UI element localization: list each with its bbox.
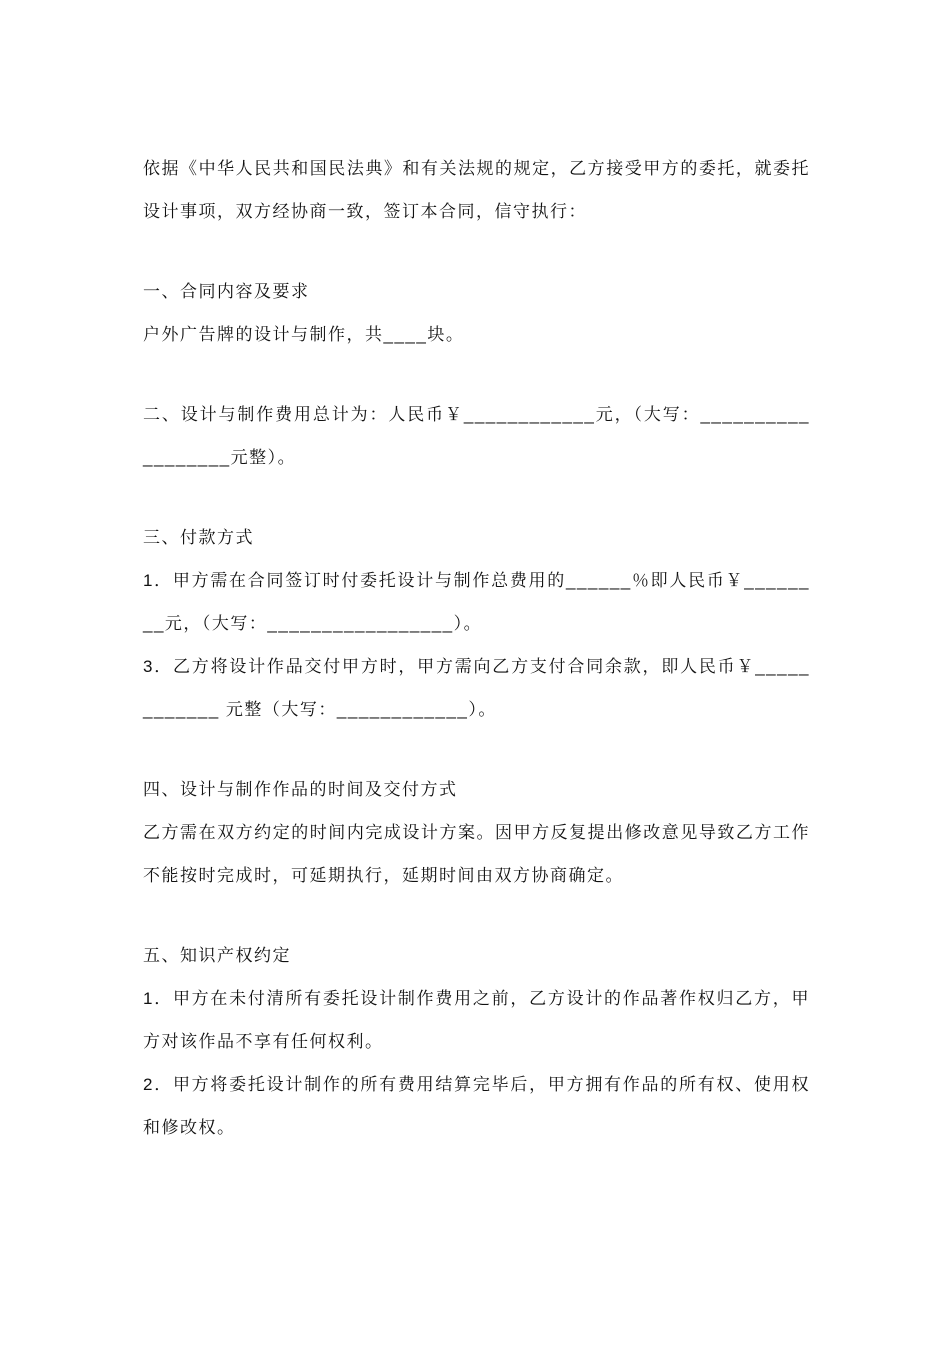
section-4-heading: 四、设计与制作作品的时间及交付方式	[143, 768, 810, 811]
intro-paragraph: 依据《中华人民共和国民法典》和有关法规的规定，乙方接受甲方的委托，就委托设计事项…	[143, 147, 810, 233]
section-content-requirements: 一、合同内容及要求 户外广告牌的设计与制作，共____块。	[143, 270, 810, 356]
section-payment-method: 三、付款方式 1．甲方需在合同签订时付委托设计与制作总费用的______％即人民…	[143, 516, 810, 731]
section-5-heading: 五、知识产权约定	[143, 934, 810, 977]
section-intellectual-property: 五、知识产权约定 1．甲方在未付清所有委托设计制作费用之前，乙方设计的作品著作权…	[143, 934, 810, 1149]
section-2-paragraph: 二、设计与制作费用总计为：人民币￥____________元，（大写：_____…	[143, 393, 810, 479]
section-total-fee: 二、设计与制作费用总计为：人民币￥____________元，（大写：_____…	[143, 393, 810, 479]
document-canvas: { "document": { "language": "zh-CN", "ty…	[0, 0, 950, 1346]
section-3-item-1: 1．甲方需在合同签订时付委托设计与制作总费用的______％即人民币￥_____…	[143, 559, 810, 645]
section-1-paragraph: 户外广告牌的设计与制作，共____块。	[143, 313, 810, 356]
section-time-and-delivery: 四、设计与制作作品的时间及交付方式 乙方需在双方约定的时间内完成设计方案。因甲方…	[143, 768, 810, 897]
section-5-item-1: 1．甲方在未付清所有委托设计制作费用之前，乙方设计的作品著作权归乙方，甲方对该作…	[143, 977, 810, 1063]
intro-block: 依据《中华人民共和国民法典》和有关法规的规定，乙方接受甲方的委托，就委托设计事项…	[143, 147, 810, 233]
section-5-item-2: 2．甲方将委托设计制作的所有费用结算完毕后，甲方拥有作品的所有权、使用权和修改权…	[143, 1063, 810, 1149]
section-3-item-3: 3．乙方将设计作品交付甲方时，甲方需向乙方支付合同余款，即人民币￥_______…	[143, 645, 810, 731]
section-4-paragraph: 乙方需在双方约定的时间内完成设计方案。因甲方反复提出修改意见导致乙方工作不能按时…	[143, 811, 810, 897]
section-3-heading: 三、付款方式	[143, 516, 810, 559]
contract-page: 依据《中华人民共和国民法典》和有关法规的规定，乙方接受甲方的委托，就委托设计事项…	[0, 0, 950, 1346]
section-1-heading: 一、合同内容及要求	[143, 270, 810, 313]
